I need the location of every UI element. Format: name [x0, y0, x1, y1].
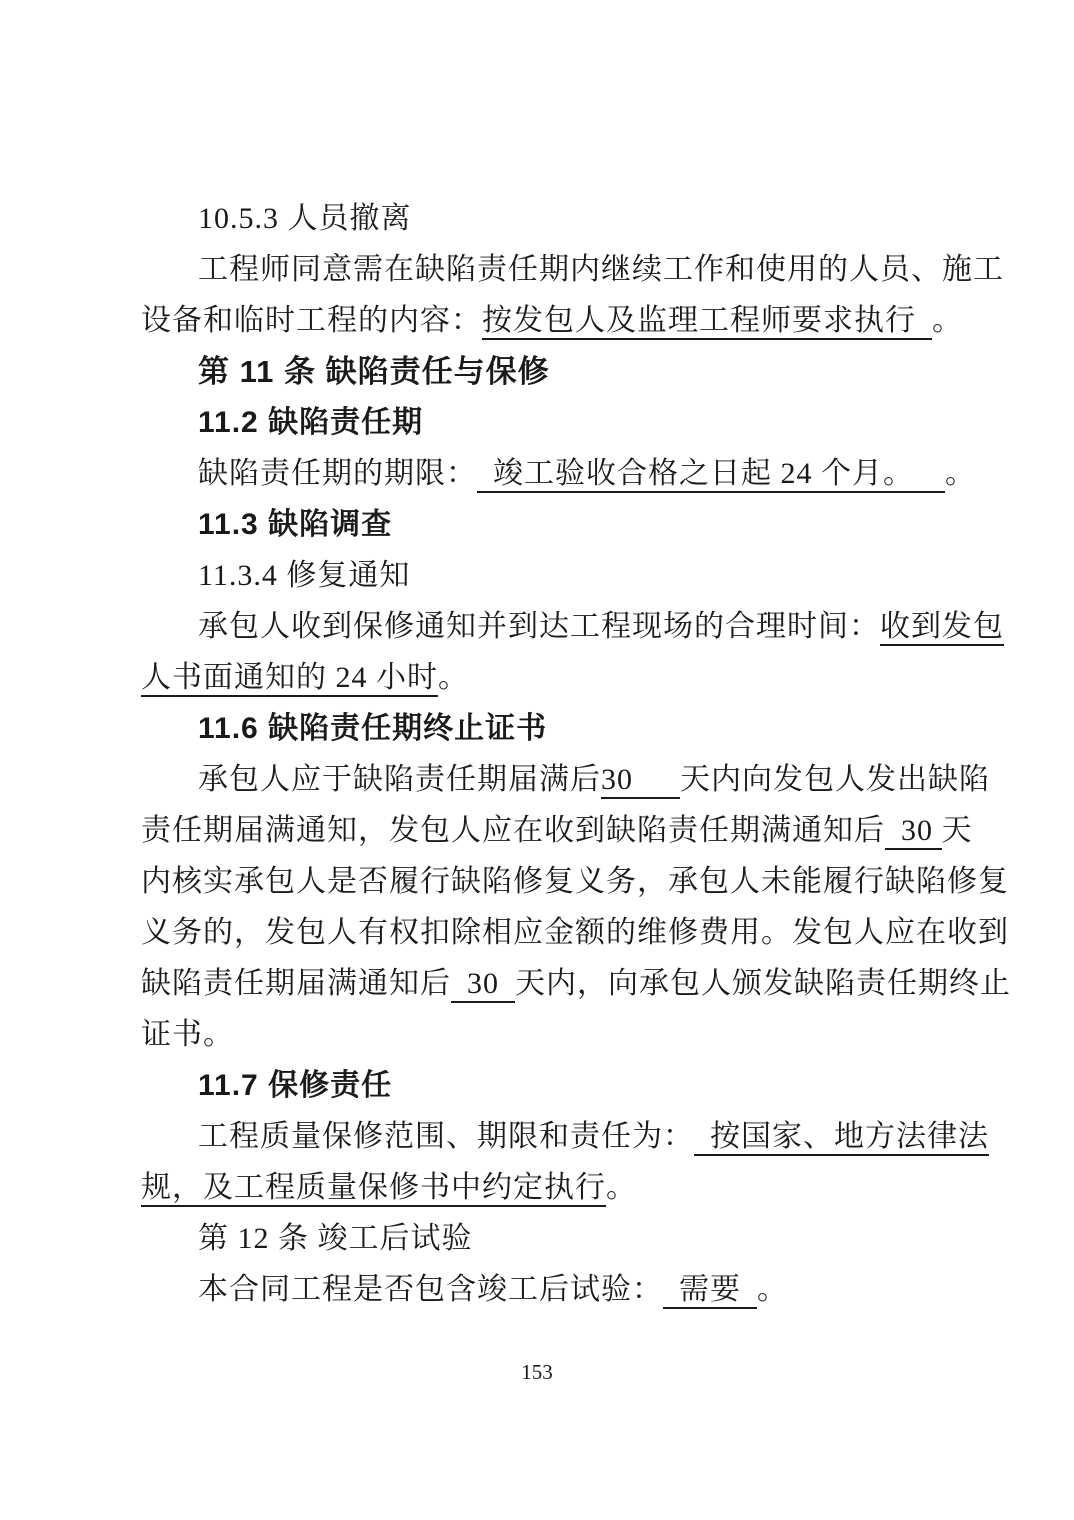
- para-defect-liability-period-text-0: 缺陷责任期的期限：: [198, 457, 477, 490]
- para-termination-cert-line6-text-0: 证书。: [141, 1018, 234, 1051]
- para-post-completion-test-text-0: 本合同工程是否包含竣工后试验：: [198, 1273, 663, 1306]
- heading-11-2: 11.2 缺陷责任期: [141, 397, 947, 448]
- para-termination-cert-line2: 责任期届满通知，发包人应在收到缺陷责任期满通知后 30 天: [141, 805, 947, 856]
- page-number: 153: [0, 1358, 1074, 1386]
- para-repair-notice-line2-filled-blank-0: 人书面通知的 24 小时: [141, 661, 438, 697]
- para-termination-cert-line2-text-0: 责任期届满通知，发包人应在收到缺陷责任期满通知后: [141, 814, 885, 847]
- para-personnel-equipment-line2-text-2: 。: [932, 304, 963, 337]
- para-termination-cert-line1: 承包人应于缺陷责任期届满后30 天内向发包人发出缺陷: [141, 754, 947, 805]
- para-termination-cert-line3-text-0: 内核实承包人是否履行缺陷修复义务，承包人未能履行缺陷修复: [141, 865, 1009, 898]
- clause-11-3-4-heading: 11.3.4 修复通知: [141, 550, 947, 601]
- para-repair-notice-line1-text-0: 承包人收到保修通知并到达工程现场的合理时间：: [198, 610, 880, 643]
- para-termination-cert-line3: 内核实承包人是否履行缺陷修复义务，承包人未能履行缺陷修复: [141, 856, 947, 907]
- heading-clause-11-text-0: 第 11 条 缺陷责任与保修: [198, 354, 550, 389]
- para-personnel-equipment-line1: 工程师同意需在缺陷责任期内继续工作和使用的人员、施工: [141, 244, 947, 295]
- para-termination-cert-line2-text-2: 天: [942, 814, 973, 847]
- heading-11-3-text-0: 11.3 缺陷调查: [198, 508, 392, 541]
- para-warranty-line2: 规，及工程质量保修书中约定执行。: [141, 1162, 947, 1213]
- heading-clause-11: 第 11 条 缺陷责任与保修: [141, 346, 947, 397]
- document-body: 10.5.3 人员撤离工程师同意需在缺陷责任期内继续工作和使用的人员、施工设备和…: [141, 193, 947, 1315]
- para-termination-cert-line1-filled-blank-1: 30: [601, 763, 680, 799]
- para-personnel-equipment-line2-text-0: 设备和临时工程的内容：: [141, 304, 482, 337]
- heading-11-7: 11.7 保修责任: [141, 1060, 947, 1111]
- para-repair-notice-line1-filled-blank-1: 收到发包: [880, 610, 1004, 646]
- para-repair-notice-line2: 人书面通知的 24 小时。: [141, 652, 947, 703]
- heading-11-7-text-0: 11.7 保修责任: [198, 1069, 392, 1102]
- heading-11-6: 11.6 缺陷责任期终止证书: [141, 703, 947, 754]
- para-termination-cert-line2-filled-blank-1: 30: [885, 814, 942, 850]
- para-termination-cert-line6: 证书。: [141, 1009, 947, 1060]
- clause-11-3-4-heading-text-0: 11.3.4 修复通知: [198, 559, 410, 592]
- para-repair-notice-line1: 承包人收到保修通知并到达工程现场的合理时间：收到发包: [141, 601, 947, 652]
- para-personnel-equipment-line2-filled-blank-1: 按发包人及监理工程师要求执行: [482, 304, 932, 340]
- para-personnel-equipment-line1-text-0: 工程师同意需在缺陷责任期内继续工作和使用的人员、施工: [198, 253, 1004, 286]
- clause-10-5-3-heading: 10.5.3 人员撤离: [141, 193, 947, 244]
- para-termination-cert-line5-text-0: 缺陷责任期届满通知后: [141, 967, 451, 1000]
- para-warranty-line2-filled-blank-0: 规，及工程质量保修书中约定执行: [141, 1171, 606, 1207]
- para-post-completion-test-text-2: 。: [757, 1273, 788, 1306]
- para-warranty-line1-filled-blank-1: 按国家、地方法律法: [694, 1120, 989, 1156]
- para-termination-cert-line4-text-0: 义务的，发包人有权扣除相应金额的维修费用。发包人应在收到: [141, 916, 1009, 949]
- para-defect-liability-period-text-2: 。: [945, 457, 976, 490]
- para-termination-cert-line5-filled-blank-1: 30: [451, 967, 515, 1003]
- para-termination-cert-line1-text-2: 天内向发包人发出缺陷: [680, 763, 990, 796]
- para-defect-liability-period: 缺陷责任期的期限： 竣工验收合格之日起 24 个月。 。: [141, 448, 947, 499]
- clause-10-5-3-heading-text-0: 10.5.3 人员撤离: [198, 202, 412, 235]
- para-personnel-equipment-line2: 设备和临时工程的内容：按发包人及监理工程师要求执行 。: [141, 295, 947, 346]
- para-repair-notice-line2-text-1: 。: [438, 661, 469, 694]
- para-termination-cert-line4: 义务的，发包人有权扣除相应金额的维修费用。发包人应在收到: [141, 907, 947, 958]
- para-post-completion-test-filled-blank-1: 需要: [663, 1273, 757, 1309]
- para-termination-cert-line1-text-0: 承包人应于缺陷责任期届满后: [198, 763, 601, 796]
- para-termination-cert-line5: 缺陷责任期届满通知后 30 天内，向承包人颁发缺陷责任期终止: [141, 958, 947, 1009]
- clause-12-heading-text-0: 第 12 条 竣工后试验: [198, 1222, 473, 1255]
- document-page: 10.5.3 人员撤离工程师同意需在缺陷责任期内继续工作和使用的人员、施工设备和…: [0, 0, 1074, 1520]
- para-warranty-line2-text-1: 。: [606, 1171, 637, 1204]
- heading-11-3: 11.3 缺陷调查: [141, 499, 947, 550]
- clause-12-heading: 第 12 条 竣工后试验: [141, 1213, 947, 1264]
- para-warranty-line1: 工程质量保修范围、期限和责任为： 按国家、地方法律法: [141, 1111, 947, 1162]
- para-post-completion-test: 本合同工程是否包含竣工后试验： 需要 。: [141, 1264, 947, 1315]
- para-warranty-line1-text-0: 工程质量保修范围、期限和责任为：: [198, 1120, 694, 1153]
- heading-11-6-text-0: 11.6 缺陷责任期终止证书: [198, 712, 547, 745]
- para-termination-cert-line5-text-2: 天内，向承包人颁发缺陷责任期终止: [515, 967, 1011, 1000]
- para-defect-liability-period-filled-blank-1: 竣工验收合格之日起 24 个月。: [477, 457, 945, 493]
- heading-11-2-text-0: 11.2 缺陷责任期: [198, 406, 423, 439]
